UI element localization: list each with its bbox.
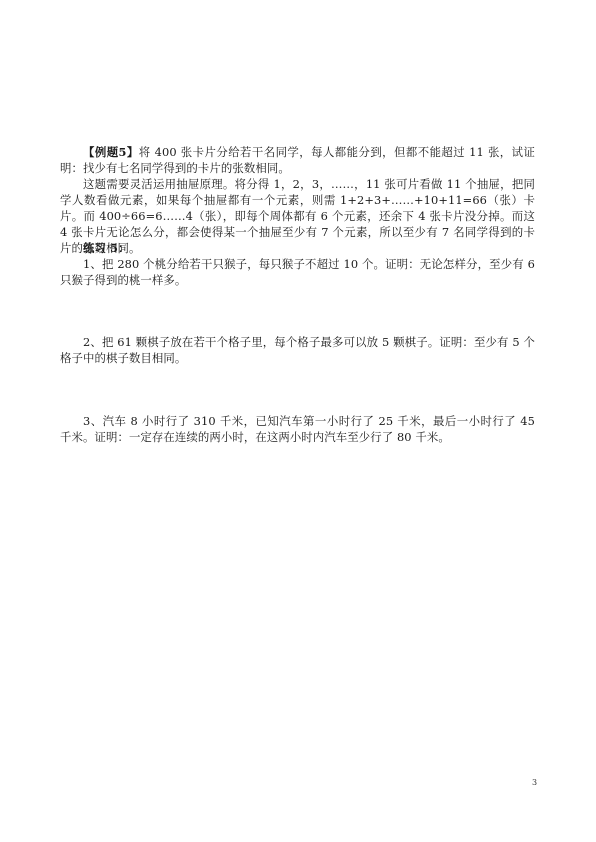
example-label: 【例题5】 bbox=[83, 145, 139, 159]
practice-heading: 练习 5： bbox=[60, 240, 535, 256]
page-number: 3 bbox=[532, 778, 537, 787]
document-page: 【例题5】将 400 张卡片分给若干名同学，每人都能分到，但都不能超过 11 张… bbox=[0, 0, 596, 842]
example-statement: 【例题5】将 400 张卡片分给若干名同学，每人都能分到，但都不能超过 11 张… bbox=[60, 144, 535, 176]
exercise-1: 1、把 280 个桃分给若干只猴子，每只猴子不超过 10 个。证明：无论怎样分，… bbox=[60, 256, 535, 288]
exercise-2: 2、把 61 颗棋子放在若干个格子里，每个格子最多可以放 5 颗棋子。证明：至少… bbox=[60, 334, 535, 366]
exercise-3: 3、汽车 8 小时行了 310 千米，已知汽车第一小时行了 25 千米，最后一小… bbox=[60, 413, 535, 445]
